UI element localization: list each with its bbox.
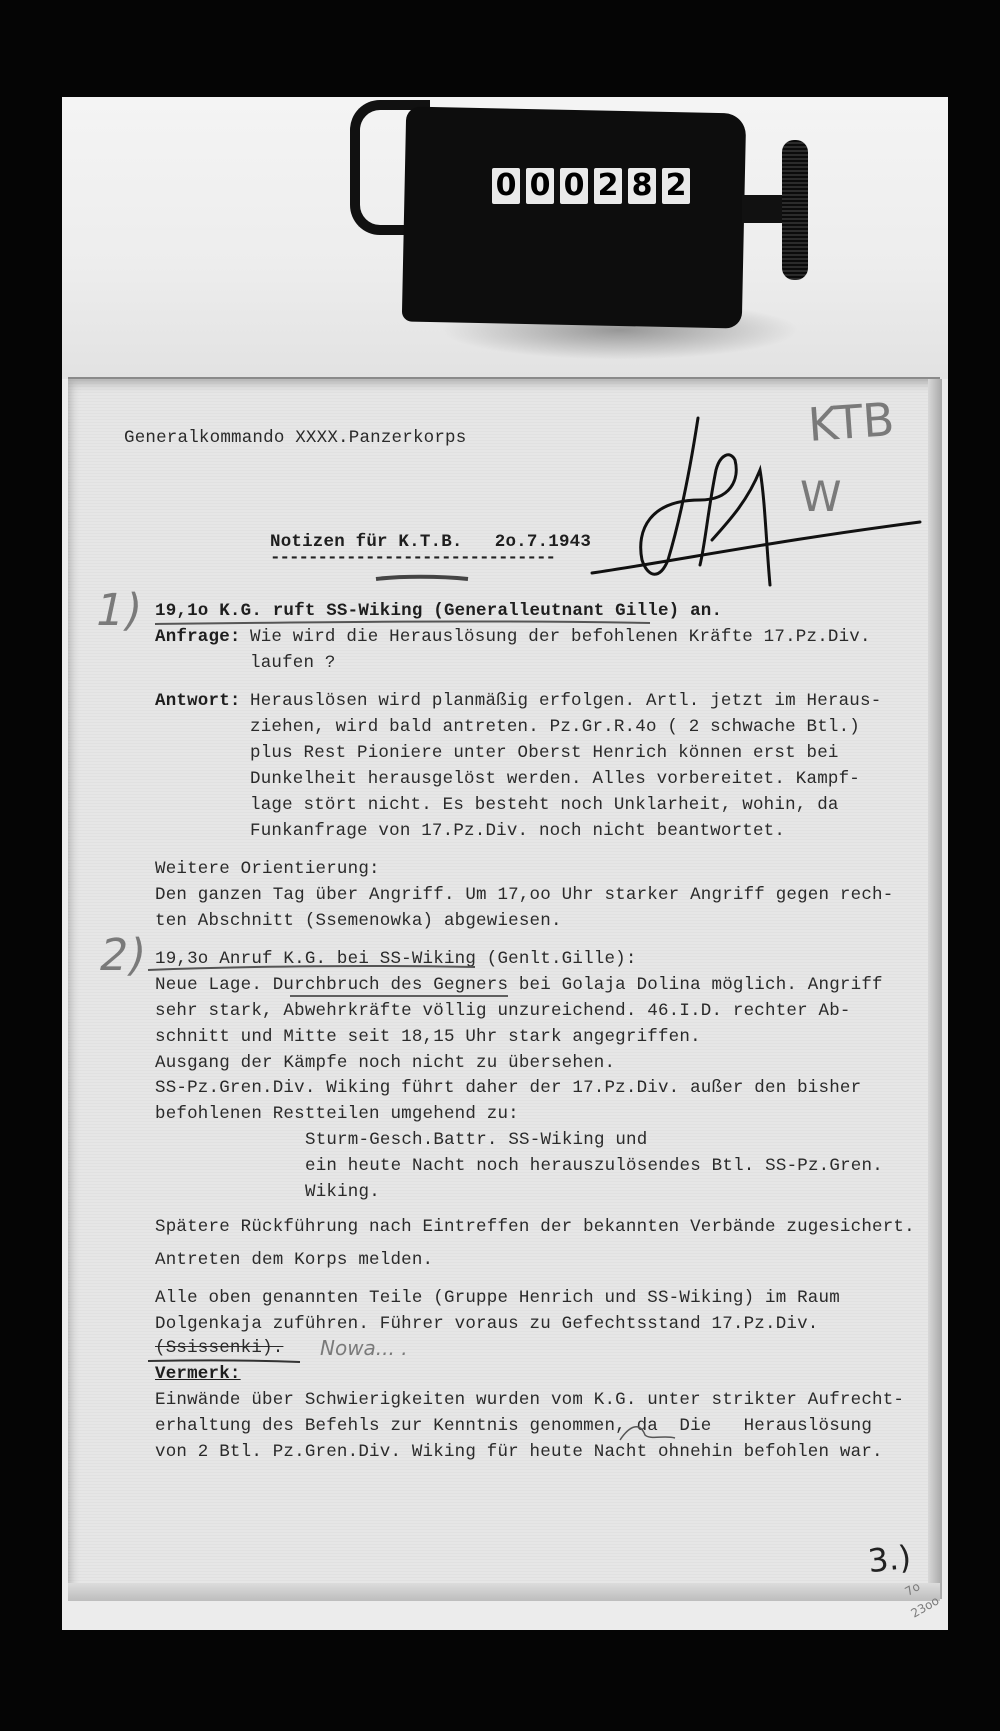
pen-strokes	[0, 0, 1000, 1731]
initials-icon	[620, 1427, 675, 1440]
signature-icon	[592, 418, 920, 585]
underline-strokes	[148, 577, 650, 1362]
